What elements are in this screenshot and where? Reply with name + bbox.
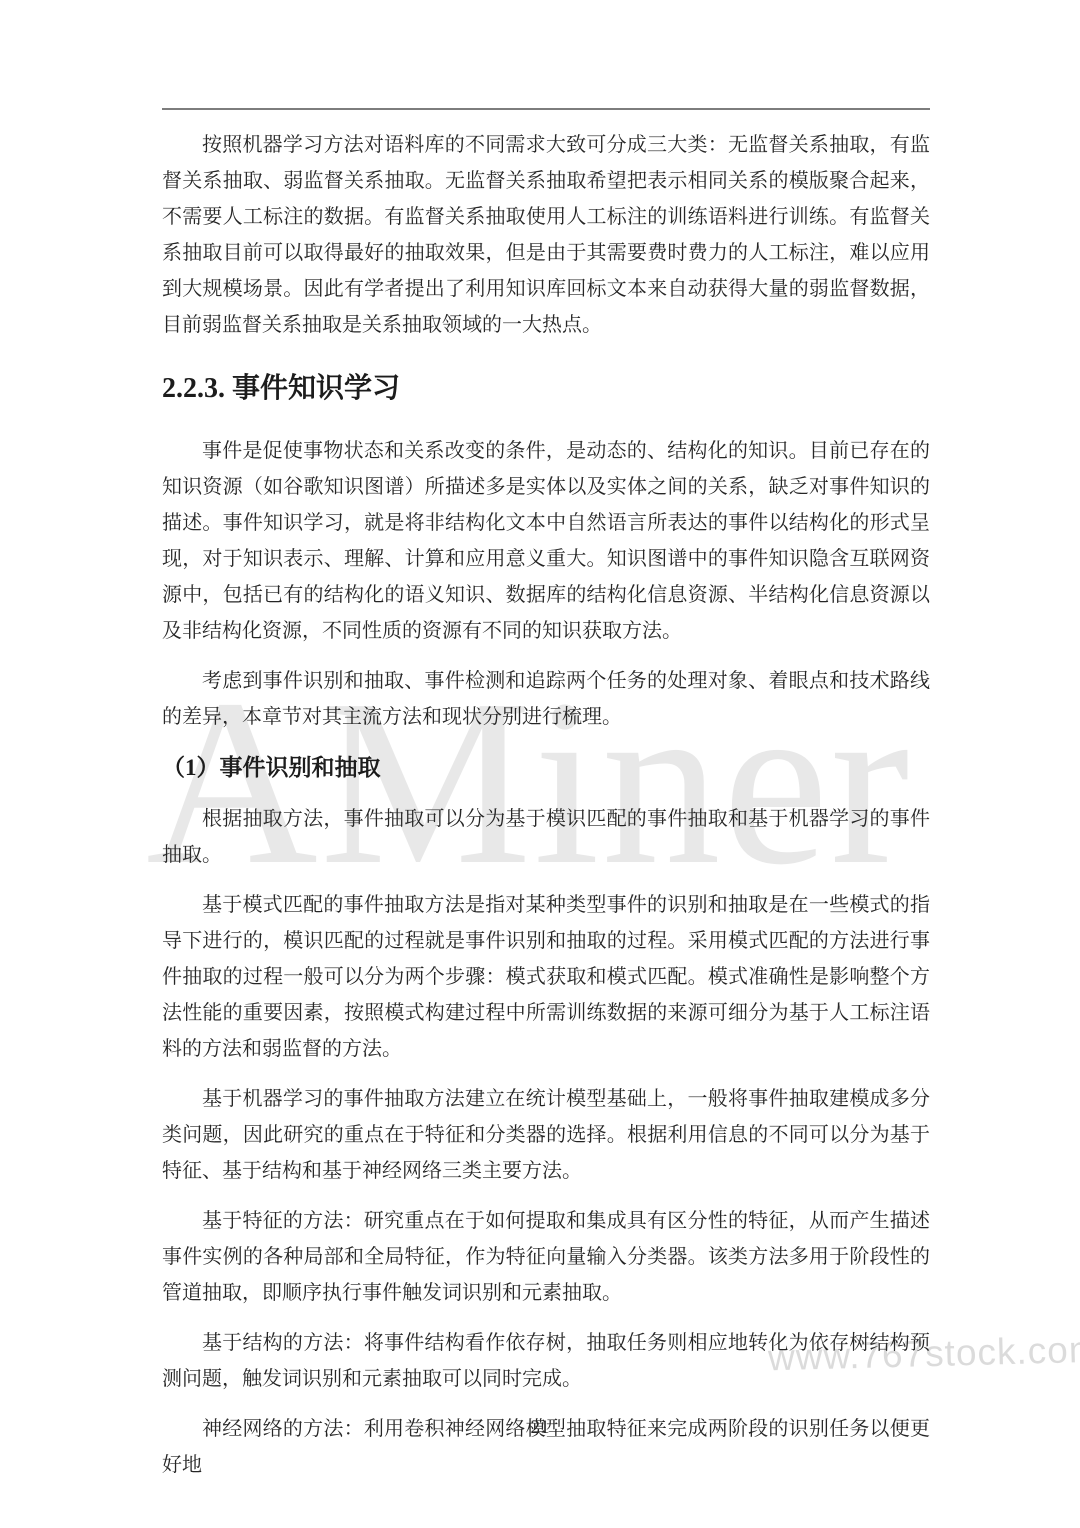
section-paragraph: 事件是促使事物状态和关系改变的条件，是动态的、结构化的知识。目前已存在的知识资源… xyxy=(162,433,930,649)
subsection-paragraph: 基于特征的方法：研究重点在于如何提取和集成具有区分性的特征，从而产生描述事件实例… xyxy=(162,1203,930,1311)
section-heading-2-2-3: 2.2.3. 事件知识学习 xyxy=(162,369,930,409)
subsection-heading-event-extraction: （1）事件识别和抽取 xyxy=(162,751,930,785)
intro-paragraph: 按照机器学习方法对语料库的不同需求大致可分成三大类：无监督关系抽取，有监督关系抽… xyxy=(162,127,930,343)
text-column: 按照机器学习方法对语料库的不同需求大致可分成三大类：无监督关系抽取，有监督关系抽… xyxy=(162,0,930,1483)
subsection-paragraph: 基于机器学习的事件抽取方法建立在统计模型基础上，一般将事件抽取建模成多分类问题，… xyxy=(162,1081,930,1189)
subsection-paragraph: 根据抽取方法，事件抽取可以分为基于模识匹配的事件抽取和基于机器学习的事件抽取。 xyxy=(162,801,930,873)
page-number: 21 xyxy=(0,1417,1080,1439)
document-page: AMiner www.767stock.com 按照机器学习方法对语料库的不同需… xyxy=(0,0,1080,1528)
subsection-paragraph: 基于结构的方法：将事件结构看作依存树，抽取任务则相应地转化为依存树结构预测问题，… xyxy=(162,1325,930,1397)
subsection-paragraph: 基于模式匹配的事件抽取方法是指对某种类型事件的识别和抽取是在一些模式的指导下进行… xyxy=(162,887,930,1067)
section-paragraph: 考虑到事件识别和抽取、事件检测和追踪两个任务的处理对象、着眼点和技术路线的差异，… xyxy=(162,663,930,735)
header-rule xyxy=(162,108,930,110)
